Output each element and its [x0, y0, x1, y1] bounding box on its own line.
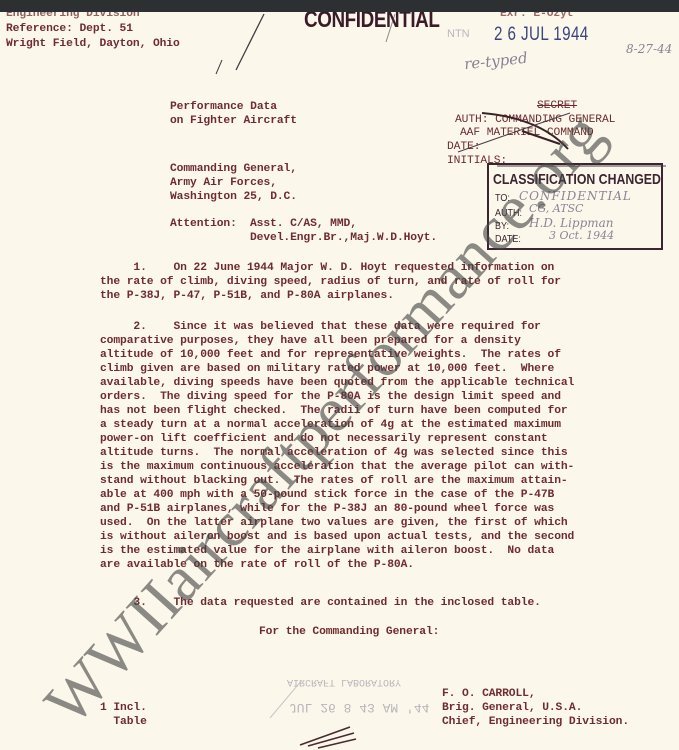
body-line: orders. The diving speed for the P-80A i… — [100, 391, 561, 404]
header-location: Wright Field, Dayton, Ohio — [6, 38, 180, 51]
body-line: stand without blacking out. The rates of… — [100, 475, 568, 488]
addressee-line-3: Washington 25, D.C. — [170, 191, 297, 204]
attention-line-1: Asst. C/AS, MMD, — [250, 218, 357, 231]
body-line: is the estimated value for the airplane … — [100, 545, 554, 558]
body-line: the rate of climb, diving speed, radius … — [100, 276, 561, 289]
received-date-stamp: 2 6 JUL 1944 — [494, 24, 589, 46]
enclosure-line-2: Table — [100, 716, 147, 729]
subject-line-1: Performance Data — [170, 101, 277, 114]
body-line: is without aileron boost and is based up… — [100, 531, 574, 544]
class-to-label: TO: — [495, 193, 510, 204]
body-line: 2. Since it was believed that these data… — [100, 321, 541, 334]
signer-title: Chief, Engineering Division. — [442, 716, 629, 729]
addressee-line-1: Commanding General, — [170, 163, 297, 176]
handwritten-date-note: 8-27-44 — [626, 42, 672, 56]
security-auth-line-1: AUTH: COMMANDING GENERAL — [455, 114, 615, 127]
body-line: available, diving speeds have been quote… — [100, 377, 574, 390]
class-date-label: DATE: — [495, 234, 521, 245]
attention-line-2: Devel.Engr.Br.,Maj.W.D.Hoyt. — [250, 232, 437, 245]
body-line: 1. On 22 June 1944 Major W. D. Hoyt requ… — [100, 262, 554, 275]
addressee-line-2: Army Air Forces, — [170, 177, 277, 190]
aircraft-laboratory-stamp-date: JUL 26 8 43 AM '44 — [289, 700, 429, 715]
body-line: climb given are based on military rated … — [100, 363, 554, 376]
body-line: has not been flight checked. The radii o… — [100, 405, 568, 418]
viewer-top-bar — [0, 0, 679, 12]
body-line: power-on lift coefficient and do not nec… — [100, 433, 548, 446]
security-auth-line-2: AAF MATERIEL COMMAND — [460, 127, 594, 140]
body-line: the P-38J, P-47, P-51B, and P-80A airpla… — [100, 290, 394, 303]
body-line: are available on the rate of roll of the… — [100, 559, 414, 572]
security-date-label: DATE: — [447, 141, 480, 154]
for-commanding-general: For the Commanding General: — [259, 626, 439, 639]
body-line: able at 400 mph with a 50-pound stick fo… — [100, 489, 554, 502]
body-line: comparative purposes, they have all been… — [100, 335, 521, 348]
aircraft-laboratory-stamp: AIRCRAFT LABORATORY — [287, 676, 401, 687]
received-stamp-faint: NTN — [447, 28, 470, 40]
body-line: altitude of 10,000 feet and for represen… — [100, 349, 561, 362]
header-reference: Reference: Dept. 51 — [6, 23, 133, 36]
body-line: used. On the latter airplane two values … — [100, 517, 568, 530]
class-auth-label: AUTH: — [495, 208, 522, 219]
body-line: altitude turns. The normal acceleration … — [100, 447, 568, 460]
signer-rank: Brig. General, U.S.A. — [442, 702, 582, 715]
classification-changed-stamp: CLASSIFICATION CHANGED TO: CONFIDENTIAL … — [487, 163, 663, 250]
class-auth-value: CG, ATSC — [529, 202, 583, 215]
attention-label: Attention: — [170, 218, 237, 231]
body-line: is the maximum continuous acceleration t… — [100, 461, 574, 474]
enclosure-line-1: 1 Incl. — [100, 702, 147, 715]
subject-line-2: on Fighter Aircraft — [170, 115, 297, 128]
old-classification-secret: SECRET — [537, 100, 577, 113]
classification-changed-title: CLASSIFICATION CHANGED — [493, 171, 661, 188]
body-line: and P-51B airplanes, while for the P-38J… — [100, 503, 554, 516]
class-to-value: CONFIDENTIAL — [519, 189, 632, 203]
signer-name: F. O. CARROLL, — [442, 688, 536, 701]
paragraph-3: 3. The data requested are contained in t… — [100, 597, 541, 610]
class-date-value: 3 Oct. 1944 — [549, 229, 614, 242]
body-line: a steady turn at a normal acceleration o… — [100, 419, 561, 432]
class-by-label: BY: — [495, 221, 509, 232]
class-by-signature: H.D. Lippman — [529, 216, 614, 230]
